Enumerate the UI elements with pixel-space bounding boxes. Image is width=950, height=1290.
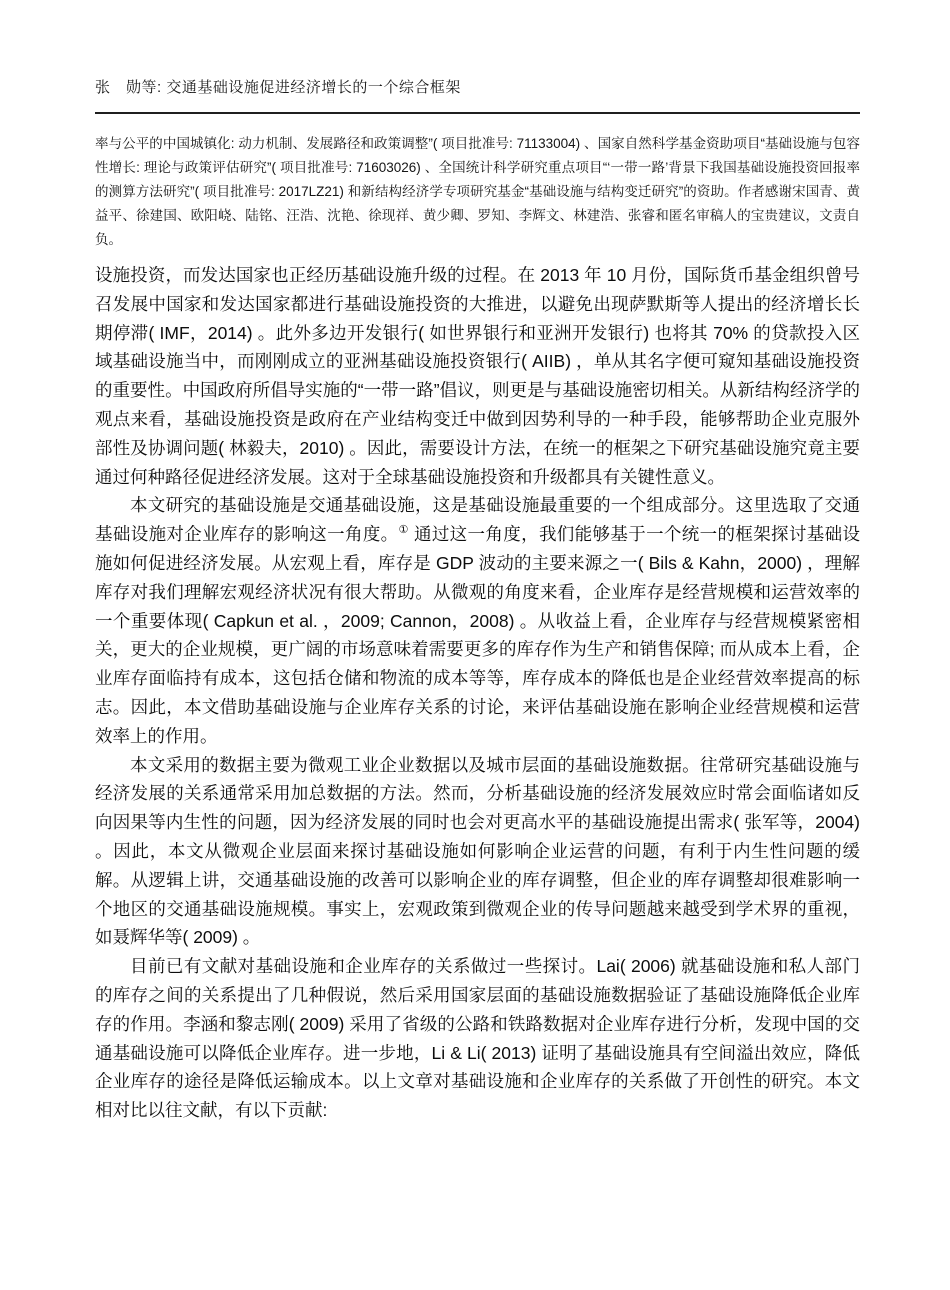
footnote-marker: ① — [399, 524, 409, 536]
article-body: 设施投资，而发达国家也正经历基础设施升级的过程。在 2013 年 10 月份，国… — [95, 261, 860, 1125]
body-paragraph: 目前已有文献对基础设施和企业库存的关系做过一些探讨。Lai( 2006) 就基础… — [95, 952, 860, 1125]
header-rule — [95, 112, 860, 114]
running-head: 张 勋等: 交通基础设施促进经济增长的一个综合框架 — [95, 78, 860, 98]
footnote-block: 率与公平的中国城镇化: 动力机制、发展路径和政策调整”( 项目批准号: 7113… — [95, 132, 860, 252]
paragraph-text: 本文采用的数据主要为微观工业企业数据以及城市层面的基础设施数据。往常研究基础设施… — [95, 755, 860, 948]
body-paragraph: 本文研究的基础设施是交通基础设施，这是基础设施最重要的一个组成部分。这里选取了交… — [95, 491, 860, 750]
body-paragraph: 设施投资，而发达国家也正经历基础设施升级的过程。在 2013 年 10 月份，国… — [95, 261, 860, 491]
paragraph-text: 目前已有文献对基础设施和企业库存的关系做过一些探讨。Lai( 2006) 就基础… — [95, 956, 860, 1120]
footnote-text: 率与公平的中国城镇化: 动力机制、发展路径和政策调整”( 项目批准号: 7113… — [95, 132, 860, 252]
paper-page: 张 勋等: 交通基础设施促进经济增长的一个综合框架 率与公平的中国城镇化: 动力… — [0, 0, 950, 1290]
body-paragraph: 本文采用的数据主要为微观工业企业数据以及城市层面的基础设施数据。往常研究基础设施… — [95, 751, 860, 953]
paragraph-text: 通过这一角度，我们能够基于一个统一的框架探讨基础设施如何促进经济发展。从宏观上看… — [95, 524, 860, 746]
paragraph-text: 设施投资，而发达国家也正经历基础设施升级的过程。在 2013 年 10 月份，国… — [95, 265, 860, 487]
